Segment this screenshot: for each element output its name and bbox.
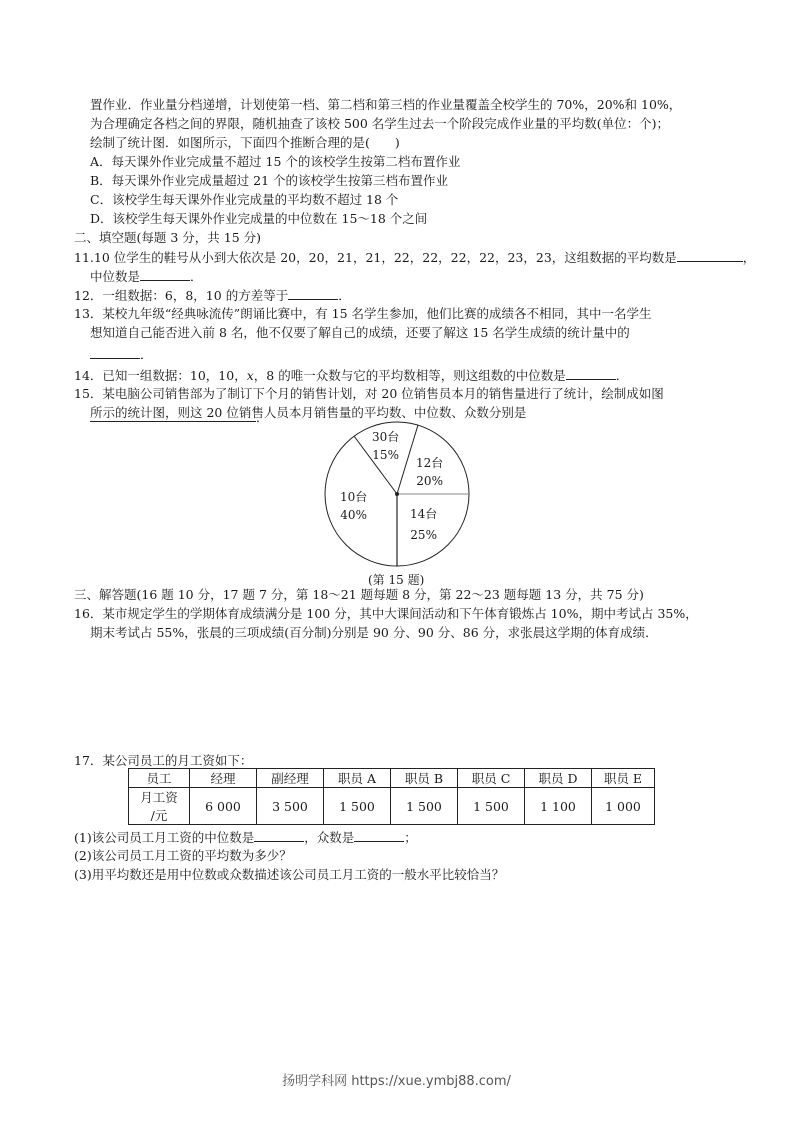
header-cell-employee: 员工 <box>129 769 190 788</box>
q17-median-blank[interactable] <box>254 829 304 842</box>
wage-table-header-row: 员工 经理 副经理 职员 A 职员 B 职员 C 职员 D 职员 E <box>129 769 655 788</box>
slice-30-units: 30台 <box>372 428 399 446</box>
q14-text-b: ，8 的唯一众数与它的平均数相等，则这组数的中位数是 <box>254 368 566 383</box>
q17-sub1-text-b: ，众数是 <box>304 830 354 845</box>
row-label-line-2: /元 <box>129 806 189 824</box>
slice-14-units: 14台 <box>410 505 437 523</box>
pie-center-dot <box>395 492 399 496</box>
header-cell-manager: 经理 <box>190 769 257 788</box>
q15-line-3: ． <box>90 409 269 426</box>
section-3-heading: 三、解答题(16 题 10 分，17 题 7 分，第 18～21 题每题 8 分… <box>74 587 644 603</box>
q10-text-line-2: 为合理确定各档之间的界限，随机抽查了该校 500 名学生过去一个阶段完成作业量的… <box>90 116 669 132</box>
q13-line-3: ． <box>90 346 153 363</box>
q11-punct-2: ． <box>190 269 203 284</box>
q10-option-c: C．该校学生每天课外作业完成量的平均数不超过 18 个 <box>90 192 398 208</box>
header-cell-staff-b: 职员 B <box>391 769 458 788</box>
q17-mode-blank[interactable] <box>354 829 404 842</box>
pie-divider-30-12 <box>397 425 418 494</box>
wage-manager: 6 000 <box>190 788 257 825</box>
q11-text: 11.10 位学生的鞋号从小到大依次是 20，20，21，21，22，22，22… <box>74 250 677 265</box>
wage-table-value-row: 月工资 /元 6 000 3 500 1 500 1 500 1 500 1 1… <box>129 788 655 825</box>
wage-deputy-manager: 3 500 <box>257 788 324 825</box>
q13-punct: ． <box>140 347 153 362</box>
q11-median-label: 中位数是 <box>90 269 140 284</box>
q16-line-2: 期末考试占 55%，张晨的三项成绩(百分制)分别是 90 分、90 分、86 分… <box>90 625 658 641</box>
slice-10-percent: 40% <box>340 506 367 524</box>
slice-12-percent: 20% <box>416 472 443 490</box>
pie-slice-14-label: 14台 25% <box>410 505 437 544</box>
q15-answer-blank[interactable] <box>90 409 256 422</box>
q12-answer-blank[interactable] <box>288 287 338 300</box>
q14-answer-blank[interactable] <box>566 367 616 380</box>
q15-line-1: 15．某电脑公司销售部为了制订下个月的销售计划，对 20 位销售员本月的销售量进… <box>74 386 664 402</box>
wage-staff-e: 1 000 <box>592 788 655 825</box>
wage-staff-b: 1 500 <box>391 788 458 825</box>
q14-text-a: 14．已知一组数据：10，10， <box>74 368 247 383</box>
wage-table: 员工 经理 副经理 职员 A 职员 B 职员 C 职员 D 职员 E 月工资 /… <box>128 768 655 825</box>
wage-staff-c: 1 500 <box>458 788 525 825</box>
header-cell-staff-c: 职员 C <box>458 769 525 788</box>
q11-answer-blank-mean[interactable] <box>677 249 743 262</box>
q14-punct: ． <box>616 368 629 383</box>
q11-line-2: 中位数是． <box>90 268 203 285</box>
q12-punct: ． <box>338 288 351 303</box>
q16-line-1: 16．某市规定学生的学期体育成绩满分是 100 分，其中大课间活动和下午体育锻炼… <box>74 606 698 622</box>
row-label-monthly-wage: 月工资 /元 <box>129 788 190 825</box>
q11-punct: ， <box>743 250 756 265</box>
header-cell-staff-e: 职员 E <box>592 769 655 788</box>
q13-answer-blank[interactable] <box>90 346 140 359</box>
q15-punct: ． <box>256 410 269 425</box>
pie-slice-12-label: 12台 20% <box>416 454 443 490</box>
pie-slice-30-label: 30台 15% <box>372 428 399 464</box>
slice-14-percent: 25% <box>410 526 437 544</box>
slice-12-units: 12台 <box>416 454 443 472</box>
q12-line: 12．一组数据：6，8，10 的方差等于． <box>74 287 351 304</box>
pie-slice-10-label: 10台 40% <box>340 488 367 524</box>
section-2-heading: 二、填空题(每题 3 分，共 15 分) <box>74 230 261 246</box>
slice-10-units: 10台 <box>340 488 367 506</box>
header-cell-staff-d: 职员 D <box>525 769 592 788</box>
q11-line-1: 11.10 位学生的鞋号从小到大依次是 20，20，21，21，22，22，22… <box>74 249 755 266</box>
q13-line-2: 想知道自己能否进入前 8 名，他不仅要了解自己的成绩，还要了解这 15 名学生成… <box>90 325 630 341</box>
q17-sub-1: (1)该公司员工月工资的中位数是，众数是； <box>74 829 417 846</box>
row-label-line-1: 月工资 <box>129 788 189 806</box>
q10-option-a: A．每天课外作业完成量不超过 15 个的该校学生按第二档布置作业 <box>90 154 460 170</box>
pie-caption: (第 15 题) <box>368 571 424 588</box>
q13-line-1: 13．某校九年级“经典咏流传”朗诵比赛中，有 15 名学生参加，他们比赛的成绩各… <box>74 306 652 322</box>
q14-variable-x: x <box>247 368 254 383</box>
header-cell-deputy-manager: 副经理 <box>257 769 324 788</box>
q10-text-line-1: 置作业．作业量分档递增，计划使第一档、第二档和第三档的作业量覆盖全校学生的 70… <box>90 97 681 113</box>
header-cell-staff-a: 职员 A <box>324 769 391 788</box>
wage-staff-a: 1 500 <box>324 788 391 825</box>
q17-sub1-text-a: (1)该公司员工月工资的中位数是 <box>74 830 254 845</box>
q17-sub-3: (3)用平均数还是用中位数或众数描述该公司员工月工资的一般水平比较恰当？ <box>74 867 504 883</box>
q10-option-b: B．每天课外作业完成量超过 21 个的该校学生按第三档布置作业 <box>90 173 448 189</box>
footer-watermark: 扬明学科网 https://xue.ymbj88.com/ <box>0 1070 793 1089</box>
q12-text: 12．一组数据：6，8，10 的方差等于 <box>74 288 288 303</box>
q17-sub-2: (2)该公司员工月工资的平均数为多少？ <box>74 848 292 864</box>
q17-sub1-punct: ； <box>404 830 417 845</box>
q14-line: 14．已知一组数据：10，10，x，8 的唯一众数与它的平均数相等，则这组数的中… <box>74 367 628 384</box>
q11-answer-blank-median[interactable] <box>140 268 190 281</box>
wage-staff-d: 1 100 <box>525 788 592 825</box>
q10-option-d: D．该校学生每天课外作业完成量的中位数在 15～18 个之间 <box>90 211 427 227</box>
q10-text-line-3: 绘制了统计图．如图所示，下面四个推断合理的是( ) <box>90 135 400 151</box>
slice-30-percent: 15% <box>372 446 399 464</box>
q17-intro: 17．某公司员工的月工资如下： <box>74 753 252 769</box>
